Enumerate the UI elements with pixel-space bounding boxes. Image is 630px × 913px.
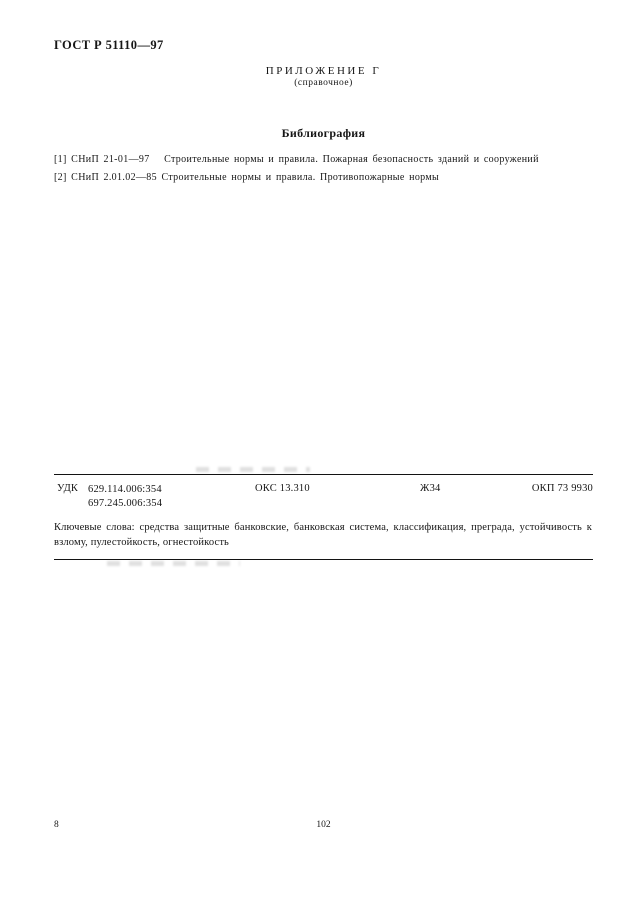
section-title-bibliography: Библиография	[55, 126, 592, 141]
bibliography-entry: [2] СНиП 2.01.02—85 Строительные нормы и…	[54, 169, 594, 187]
ref-number: [1]	[54, 154, 67, 165]
udk-value-2: 697.245.006:354	[88, 497, 162, 511]
udk-values: 629.114.006:354 697.245.006:354	[88, 483, 162, 510]
udk-label: УДК	[57, 483, 78, 494]
scan-artifact	[107, 561, 240, 566]
horizontal-rule	[54, 474, 593, 475]
bibliography-entry: [1] СНиП 21-01—97 Строительные нормы и п…	[54, 151, 594, 169]
document-code: ГОСТ Р 51110—97	[54, 38, 164, 53]
entry-title: Строительные нормы и правила. Пожарная б…	[164, 154, 539, 165]
appendix-heading: ПРИЛОЖЕНИЕ Г (справочное)	[55, 65, 592, 88]
scan-artifact	[196, 467, 310, 472]
udk-value-1: 629.114.006:354	[88, 483, 162, 497]
ref-number: [2]	[54, 172, 67, 183]
okp-value: ОКП 73 9930	[532, 483, 593, 494]
keywords-paragraph: Ключевые слова: средства защитные банков…	[54, 520, 592, 550]
oks-value: ОКС 13.310	[255, 483, 310, 494]
horizontal-rule	[54, 559, 593, 560]
standard-code: СНиП 21-01—97	[71, 154, 149, 165]
standard-code: СНиП 2.01.02—85	[71, 172, 157, 183]
page-number-center: 102	[55, 820, 592, 830]
bibliography-list: [1] СНиП 21-01—97 Строительные нормы и п…	[54, 151, 594, 187]
appendix-subtitle: (справочное)	[55, 78, 592, 88]
appendix-title: ПРИЛОЖЕНИЕ Г	[55, 65, 592, 77]
zh-classification-value: Ж34	[420, 483, 441, 494]
entry-title: Строительные нормы и правила. Противопож…	[161, 172, 439, 183]
document-page: { "page": { "doc_code": "ГОСТ Р 51110—97…	[0, 0, 630, 913]
